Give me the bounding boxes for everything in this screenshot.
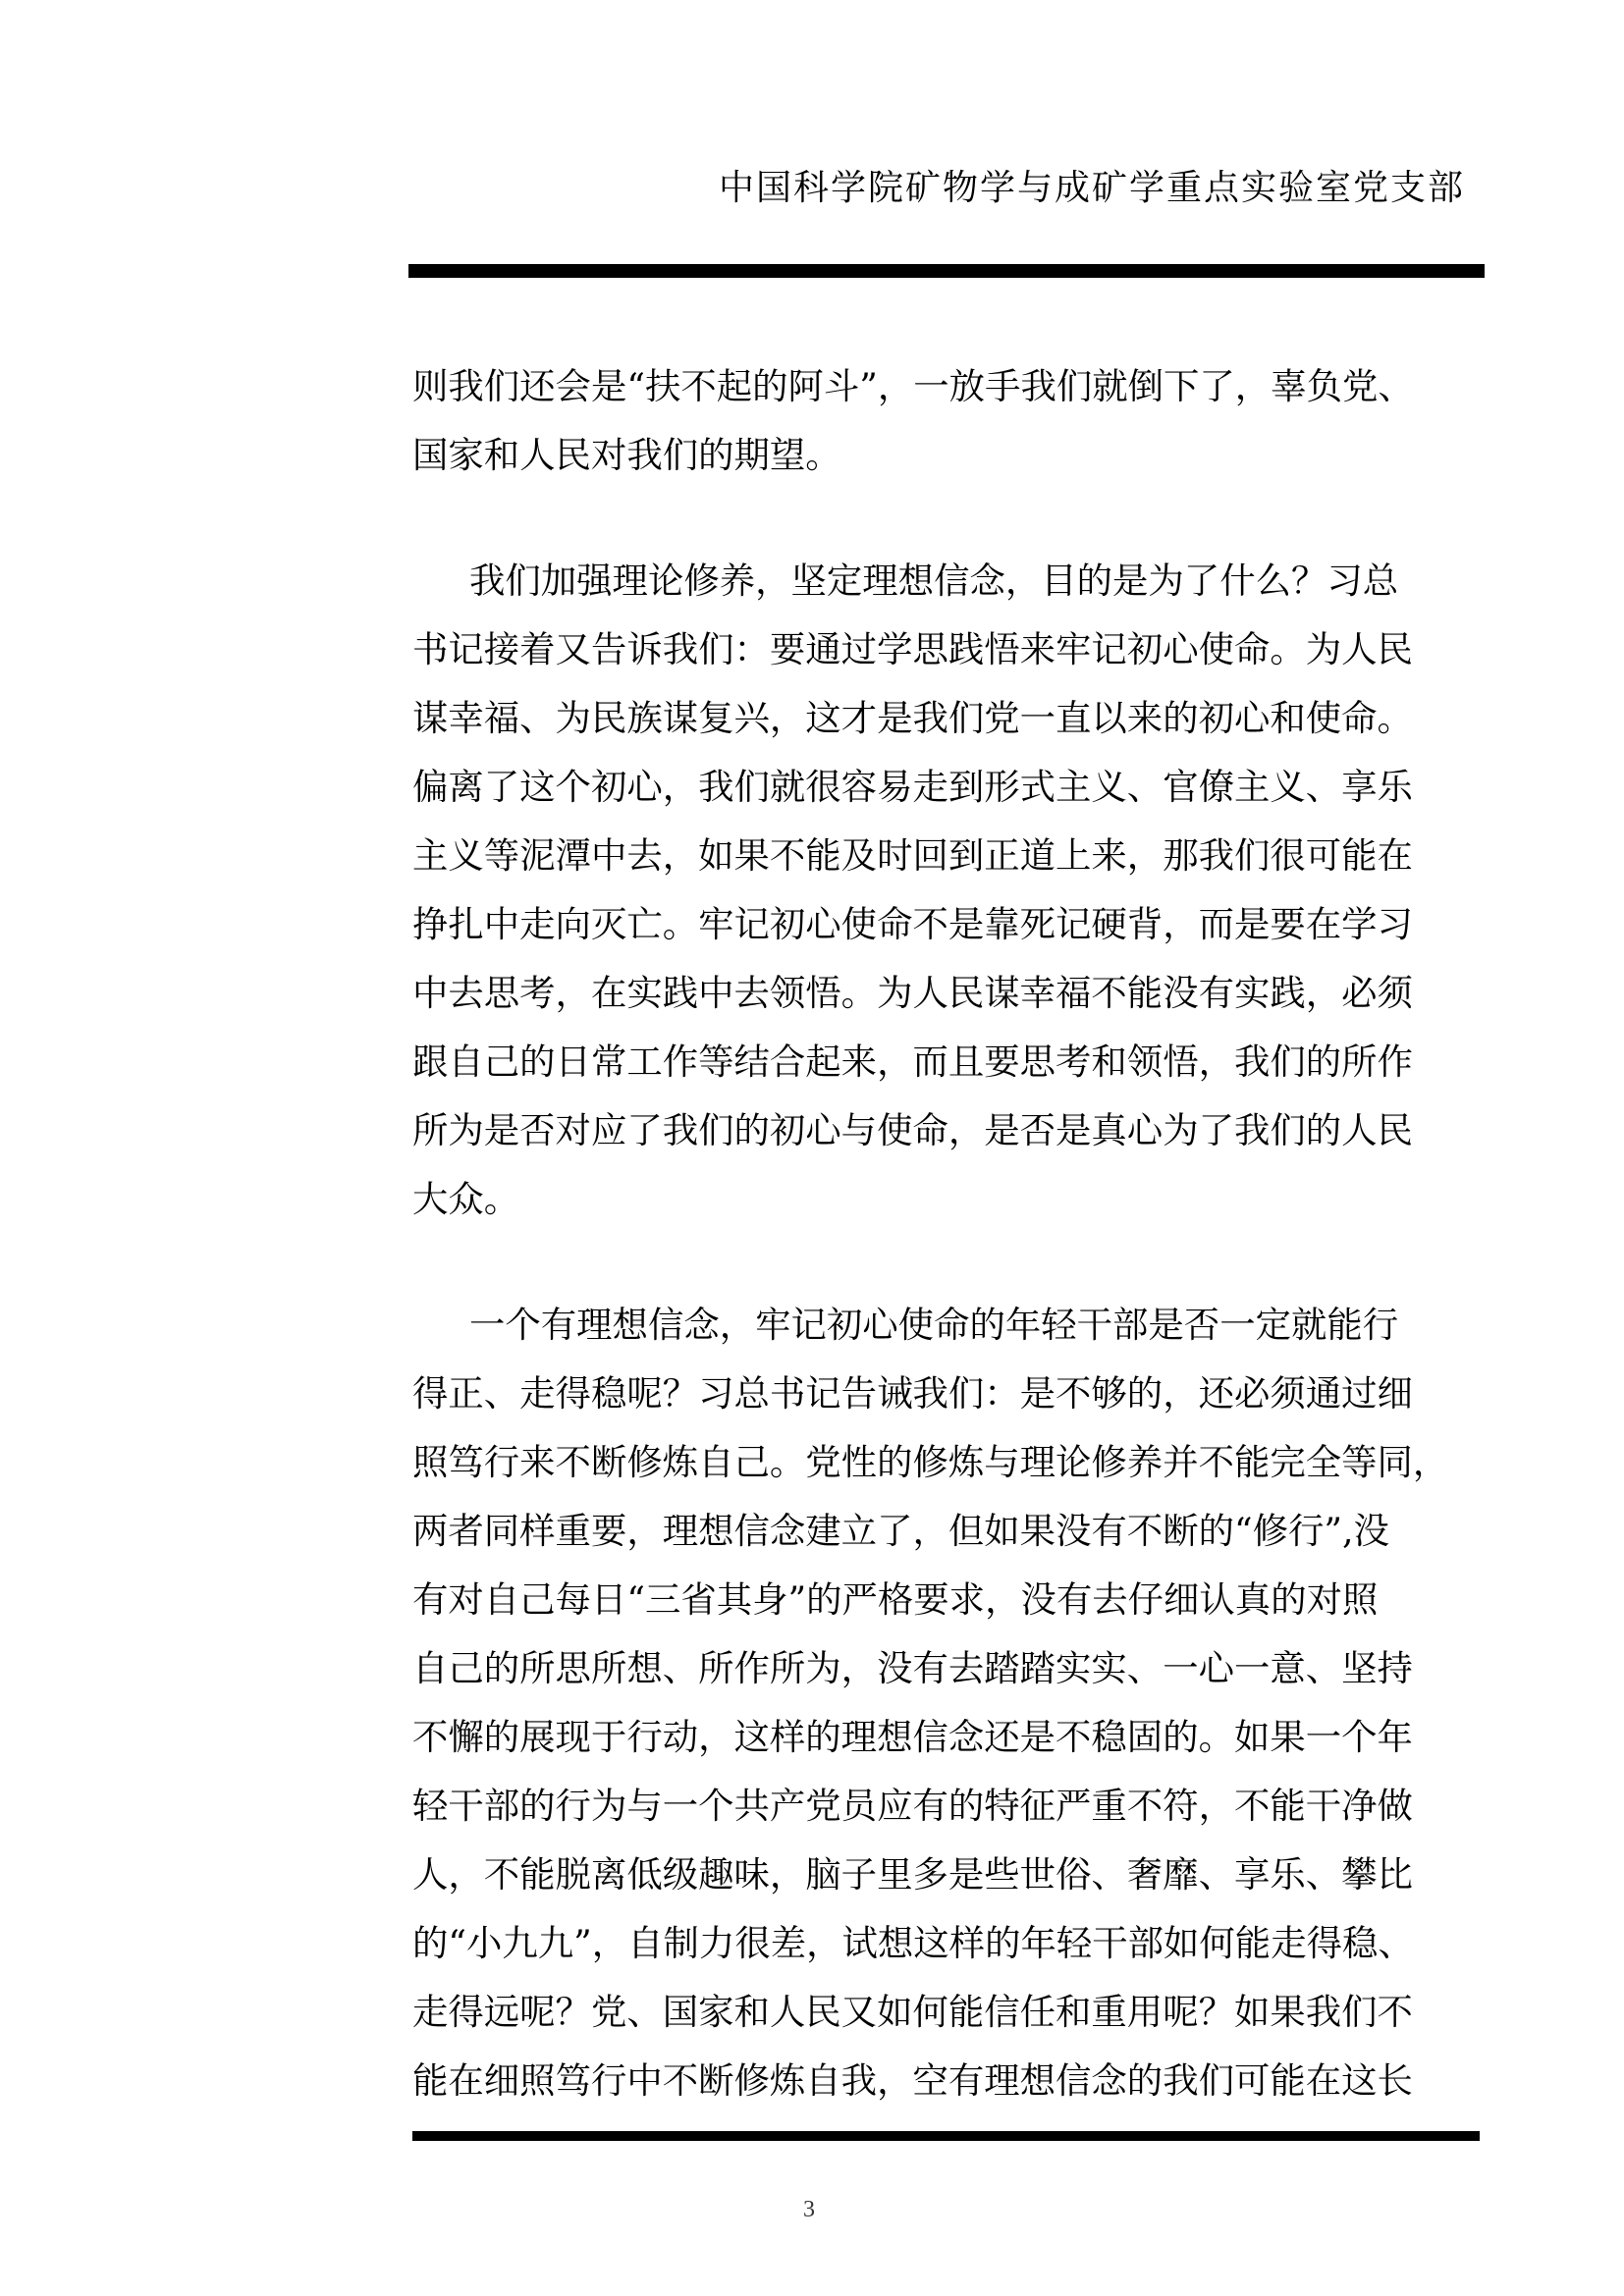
text-line: 挣扎中走向灭亡。牢记初心使命不是靠死记硬背，而是要在学习 bbox=[412, 890, 1492, 959]
text-line: 照笃行来不断修炼自己。党性的修炼与理论修养并不能完全等同， bbox=[412, 1428, 1492, 1497]
footer-rule bbox=[412, 2131, 1480, 2141]
page-number: 3 bbox=[785, 2195, 833, 2224]
text-line-indented: 一个有理想信念，牢记初心使命的年轻干部是否一定就能行 bbox=[412, 1291, 1492, 1360]
text-line: 人，不能脱离低级趣味，脑子里多是些世俗、奢靡、享乐、攀比 bbox=[412, 1841, 1492, 1909]
text-line: 跟自己的日常工作等结合起来，而且要思考和领悟，我们的所作 bbox=[412, 1028, 1492, 1096]
text-line: 大众。 bbox=[412, 1165, 1492, 1234]
text-line: 谋幸福、为民族谋复兴，这才是我们党一直以来的初心和使命。 bbox=[412, 684, 1492, 753]
header-rule bbox=[408, 264, 1485, 278]
text-line: 国家和人民对我们的期望。 bbox=[412, 421, 1492, 490]
text-line: 得正、走得稳呢？习总书记告诫我们：是不够的，还必须通过细 bbox=[412, 1360, 1492, 1428]
text-line-indented: 我们加强理论修养，坚定理想信念，目的是为了什么？习总 bbox=[412, 547, 1492, 615]
text-line: 有对自己每日“三省其身”的严格要求，没有去仔细认真的对照 bbox=[412, 1566, 1492, 1634]
paragraph-1: 则我们还会是“扶不起的阿斗”，一放手我们就倒下了，辜负党、 国家和人民对我们的期… bbox=[412, 352, 1492, 490]
text-line: 走得远呢？党、国家和人民又如何能信任和重用呢？如果我们不 bbox=[412, 1978, 1492, 2047]
text-line: 两者同样重要，理想信念建立了，但如果没有不断的“修行”,没 bbox=[412, 1497, 1492, 1566]
text-line: 中去思考，在实践中去领悟。为人民谋幸福不能没有实践，必须 bbox=[412, 959, 1492, 1028]
text-line: 主义等泥潭中去，如果不能及时回到正道上来，那我们很可能在 bbox=[412, 822, 1492, 890]
paragraph-3: 一个有理想信念，牢记初心使命的年轻干部是否一定就能行 得正、走得稳呢？习总书记告… bbox=[412, 1291, 1492, 2115]
text-line: 轻干部的行为与一个共产党员应有的特征严重不符，不能干净做 bbox=[412, 1772, 1492, 1841]
body-text: 则我们还会是“扶不起的阿斗”，一放手我们就倒下了，辜负党、 国家和人民对我们的期… bbox=[412, 352, 1492, 2115]
text-line: 自己的所思所想、所作所为，没有去踏踏实实、一心一意、坚持 bbox=[412, 1634, 1492, 1703]
text-line: 能在细照笃行中不断修炼自我，空有理想信念的我们可能在这长 bbox=[412, 2047, 1492, 2115]
text-line: 的“小九九”，自制力很差，试想这样的年轻干部如何能走得稳、 bbox=[412, 1909, 1492, 1978]
document-page: 中国科学院矿物学与成矿学重点实验室党支部 则我们还会是“扶不起的阿斗”，一放手我… bbox=[0, 0, 1624, 2296]
text-line: 则我们还会是“扶不起的阿斗”，一放手我们就倒下了，辜负党、 bbox=[412, 352, 1492, 421]
text-line: 书记接着又告诉我们：要通过学思践悟来牢记初心使命。为人民 bbox=[412, 615, 1492, 684]
text-line: 不懈的展现于行动，这样的理想信念还是不稳固的。如果一个年 bbox=[412, 1703, 1492, 1772]
running-header: 中国科学院矿物学与成矿学重点实验室党支部 bbox=[408, 163, 1465, 214]
text-line: 所为是否对应了我们的初心与使命，是否是真心为了我们的人民 bbox=[412, 1096, 1492, 1165]
paragraph-2: 我们加强理论修养，坚定理想信念，目的是为了什么？习总 书记接着又告诉我们：要通过… bbox=[412, 547, 1492, 1234]
text-line: 偏离了这个初心，我们就很容易走到形式主义、官僚主义、享乐 bbox=[412, 753, 1492, 822]
